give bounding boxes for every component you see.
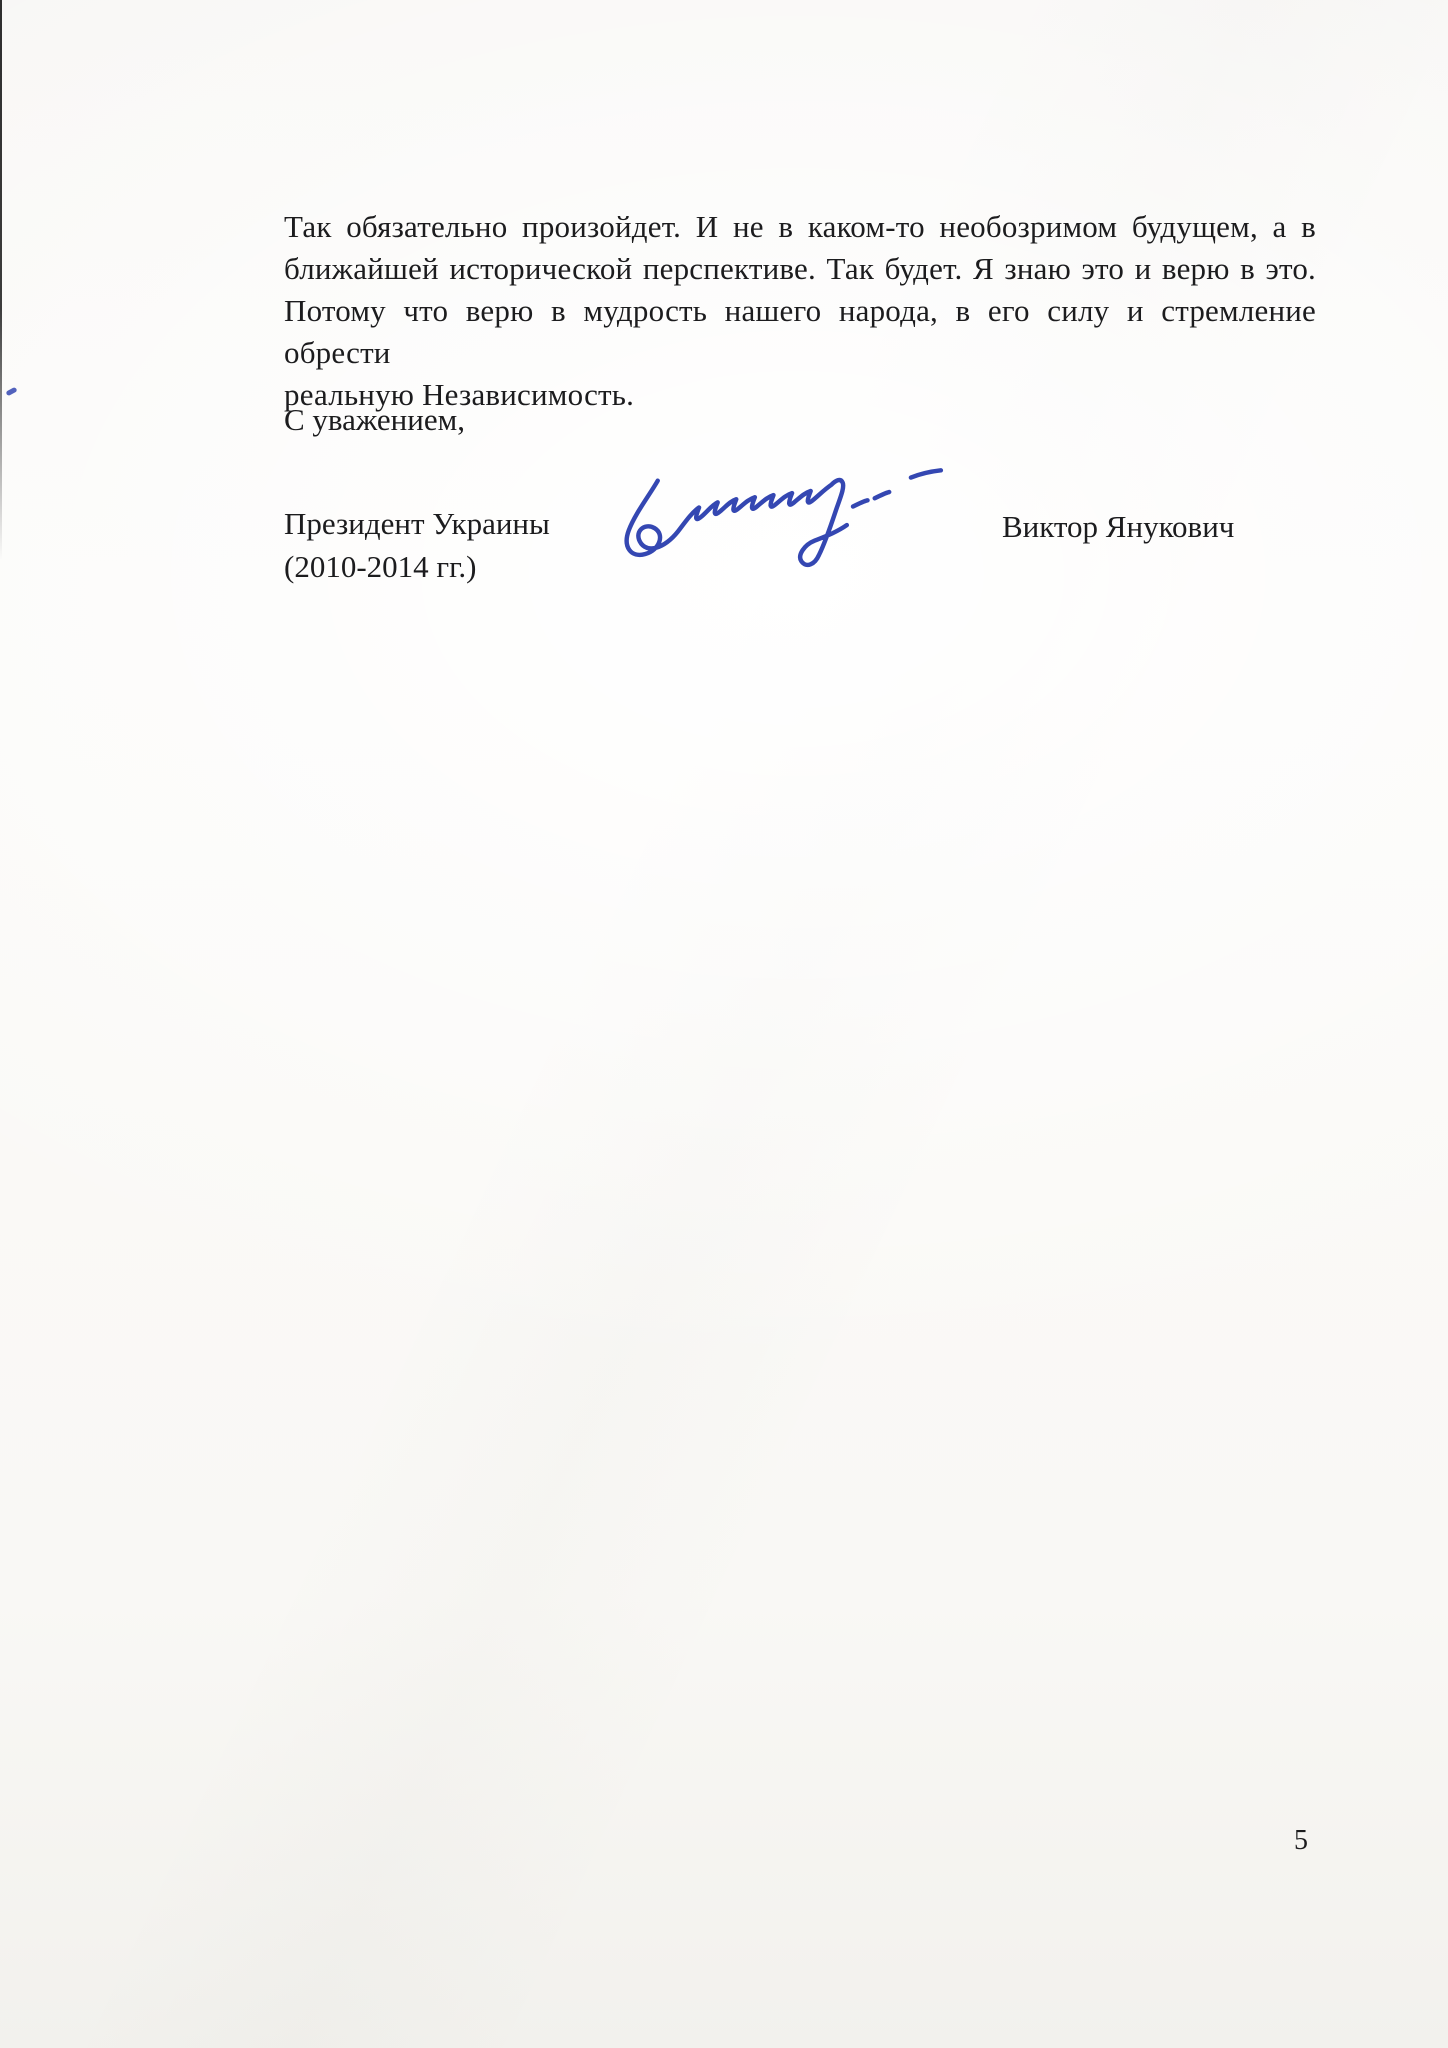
signer-title-line1: Президент Украины xyxy=(284,502,550,545)
ink-speck-artifact xyxy=(5,387,17,397)
scan-edge-artifact xyxy=(0,0,2,560)
paragraph-line: ближайшей исторической перспективе. Так … xyxy=(284,248,1316,290)
page-number: 5 xyxy=(1294,1824,1308,1858)
signer-name: Виктор Янукович xyxy=(1002,506,1234,548)
signer-title: Президент Украины (2010-2014 гг.) xyxy=(284,502,550,588)
body-paragraph: Так обязательно произойдет. И не в каком… xyxy=(284,206,1316,416)
paragraph-line: Так обязательно произойдет. И не в каком… xyxy=(284,206,1316,248)
signer-title-line2: (2010-2014 гг.) xyxy=(284,545,550,588)
scanned-letter-page: Так обязательно произойдет. И не в каком… xyxy=(0,0,1448,2048)
salutation: С уважением, xyxy=(284,399,465,441)
paragraph-line: Потому что верю в мудрость нашего народа… xyxy=(284,290,1316,374)
handwritten-signature-icon xyxy=(604,458,976,586)
